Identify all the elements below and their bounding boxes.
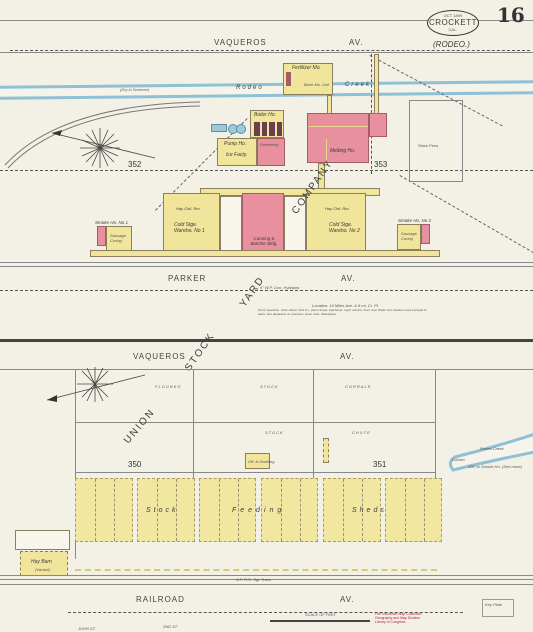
lot-label-stock-2: STOCK: [265, 430, 284, 435]
smoke-house-2-sub: Sausage Curing: [401, 231, 419, 241]
lot-label-floored: FLOORED: [155, 384, 181, 389]
hydrant-note: 6" W.P. Con. Hydrants: [260, 285, 299, 290]
feeding-label-sheds: Sheds: [352, 507, 387, 514]
feeding-shed-1: [75, 478, 133, 542]
street-vaqueros-top: VAQUEROS: [214, 38, 267, 47]
rail-3: [0, 584, 533, 585]
building-pump-ice-factory: Pump Ho. Ice Facty.: [217, 138, 257, 166]
building-smoke-house-2: Sausage Curing: [397, 224, 421, 250]
stamp-line-3: Library of Congress: [375, 620, 422, 624]
office-label: Off. & Dwelling: [248, 459, 274, 464]
block-number-353: 353: [374, 160, 387, 169]
pump-label: Pump Ho.: [224, 141, 246, 147]
street-vaqueros-lower-suffix: AV.: [340, 352, 355, 361]
block-number-351: 351: [373, 460, 386, 469]
cold-storage-2-sub: Hay Chil. Rm.: [325, 206, 350, 211]
fertilizer-wall: [286, 72, 291, 86]
rodeo-creek-lower: [445, 432, 533, 477]
ice-factory-label: Ice Facty.: [226, 152, 247, 158]
boilers: [254, 122, 282, 136]
scale-label: SCALE OF FEET: [305, 612, 336, 617]
building-shed: [323, 438, 329, 463]
building-cold-storage-1: Hay Chil. Rm. Cold Stge. Wareho. No 1: [163, 193, 220, 253]
street-john: JOHN ST.: [78, 626, 96, 631]
location-note: Location: 16 Miles Ave. & 8 mi. Cr. Pt. …: [258, 303, 433, 316]
scale-bar: [270, 620, 370, 622]
street-parker: PARKER: [168, 274, 206, 283]
hay-barn-label: Hay Barn: [31, 559, 52, 565]
building-office-dwelling: Off. & Dwelling: [245, 453, 270, 469]
feeding-shed-6: [385, 478, 442, 542]
building-cold-storage-2: Hay Chil. Rm. Cold Stge. Wareho. No 2: [306, 193, 366, 253]
smoke-house-1-label: Smoke Ho. No 1: [95, 220, 128, 225]
building-canning: Canning & Butcher Bldg.: [242, 193, 284, 253]
compass-rose-lower-icon: [45, 367, 155, 407]
creek-label-left: (Dry in Summer): [120, 87, 149, 92]
lot-label-chute: CHUTE: [352, 430, 371, 435]
lower-creek-distance: 300' to Smoke Ho. (See more): [468, 464, 522, 469]
rodeo-creek: [0, 80, 533, 100]
collection-stamp: Fire Insurance Map Collection Geography …: [375, 612, 422, 624]
building-melting-house: Melting Ho.: [307, 113, 369, 163]
building-hay-barn: Hay Barn (Vacant): [20, 551, 68, 576]
cold-storage-1-label: Cold Stge. Wareho. No 1: [174, 222, 209, 234]
melting-label: Melting Ho.: [330, 148, 355, 154]
building-fertilizer-house: Fertilizer Mo. Bone Mu. 2nd: [283, 63, 333, 95]
boiler-label: Boiler Ho.: [254, 112, 276, 118]
hay-barn-outline: [15, 530, 70, 550]
building-smoke-house-1-pink: [97, 226, 106, 246]
chute-row: [75, 547, 437, 571]
feeding-label-stock: Stock: [146, 507, 179, 514]
building-smoke-house-1: Sausage Curing: [106, 226, 132, 252]
fence-h1: [75, 422, 435, 423]
cold-storage-2-label: Cold Stge. Wareho. No 2: [329, 222, 364, 234]
corner-stamp-label: Key Plate: [483, 600, 513, 609]
fertilizer-label: Fertilizer Mo.: [292, 65, 321, 71]
fence-h2: [75, 472, 435, 473]
lower-creek-label: Rodeo Creek: [480, 446, 504, 451]
track-note: S.P. R.R. Sgl. Track: [236, 577, 271, 582]
stock-pens-label: Stock Pens: [418, 143, 438, 148]
compass-rose-icon: [50, 123, 160, 173]
street-vaqueros-top-suffix: AV.: [349, 38, 364, 47]
building-tank: [211, 124, 227, 132]
vaqueros-edge: [10, 50, 530, 51]
block-number-350: 350: [128, 460, 141, 469]
label-union: UNION: [122, 407, 158, 446]
corner-stamp: Key Plate: [482, 599, 514, 617]
track-line-1: [0, 262, 533, 263]
creek-label-mid: Rodeo: [236, 85, 264, 91]
smoke-house-2-label: Smoke Ho. No 2: [398, 218, 431, 223]
fertilizer-chute: [327, 95, 332, 115]
upper-sheet: VAQUEROS AV. (Dry in Summer) Rodeo Creek…: [0, 0, 533, 340]
lower-sheet: VAQUEROS AV. STOCK FLOORED STOCK CORRALS…: [0, 342, 533, 632]
hydrant-main: [0, 290, 533, 291]
rail-1: [0, 575, 533, 576]
platform-bottom: [90, 250, 440, 257]
hay-barn-sub: (Vacant): [35, 567, 50, 572]
street-parker-suffix: AV.: [341, 274, 356, 283]
rendering-label: Rendering: [260, 142, 278, 147]
smoke-house-1-sub: Sausage Curing: [110, 233, 130, 243]
location-note-body: Not in operation. Union Stock Yard Co.; …: [258, 308, 433, 316]
tank-circle-2: [236, 124, 246, 134]
building-rendering: Rendering: [257, 138, 285, 166]
street-railroad: RAILROAD: [136, 595, 185, 604]
building-melting-annex: [369, 113, 387, 137]
culvert-label: Culvert: [452, 457, 465, 462]
melting-partition: [308, 126, 368, 127]
building-open-shed: [220, 196, 242, 253]
creek-label-right: Creek: [345, 82, 371, 88]
street-2nd: 2ND ST.: [163, 624, 178, 629]
building-smoke-house-2-pink: [421, 224, 430, 244]
street-vaqueros-lower: VAQUEROS: [133, 352, 186, 361]
feeding-label-feeding: Feeding: [232, 507, 285, 514]
fertilizer-sub: Bone Mu. 2nd: [304, 82, 329, 87]
cold-storage-1-sub: Hay Chil. Rm.: [176, 206, 201, 211]
track-line-2: [0, 266, 533, 267]
block-number-352: 352: [128, 160, 141, 169]
building-boiler-house: Boiler Ho.: [250, 110, 284, 138]
lot-label-corrals: CORRALS: [345, 384, 371, 389]
walkway-connector-top: [374, 54, 379, 114]
canning-label: Canning & Butcher Bldg.: [246, 236, 282, 246]
stock-pens-outline: [409, 100, 463, 182]
street-railroad-suffix: AV.: [340, 595, 355, 604]
lot-label-stock: STOCK: [260, 384, 279, 389]
